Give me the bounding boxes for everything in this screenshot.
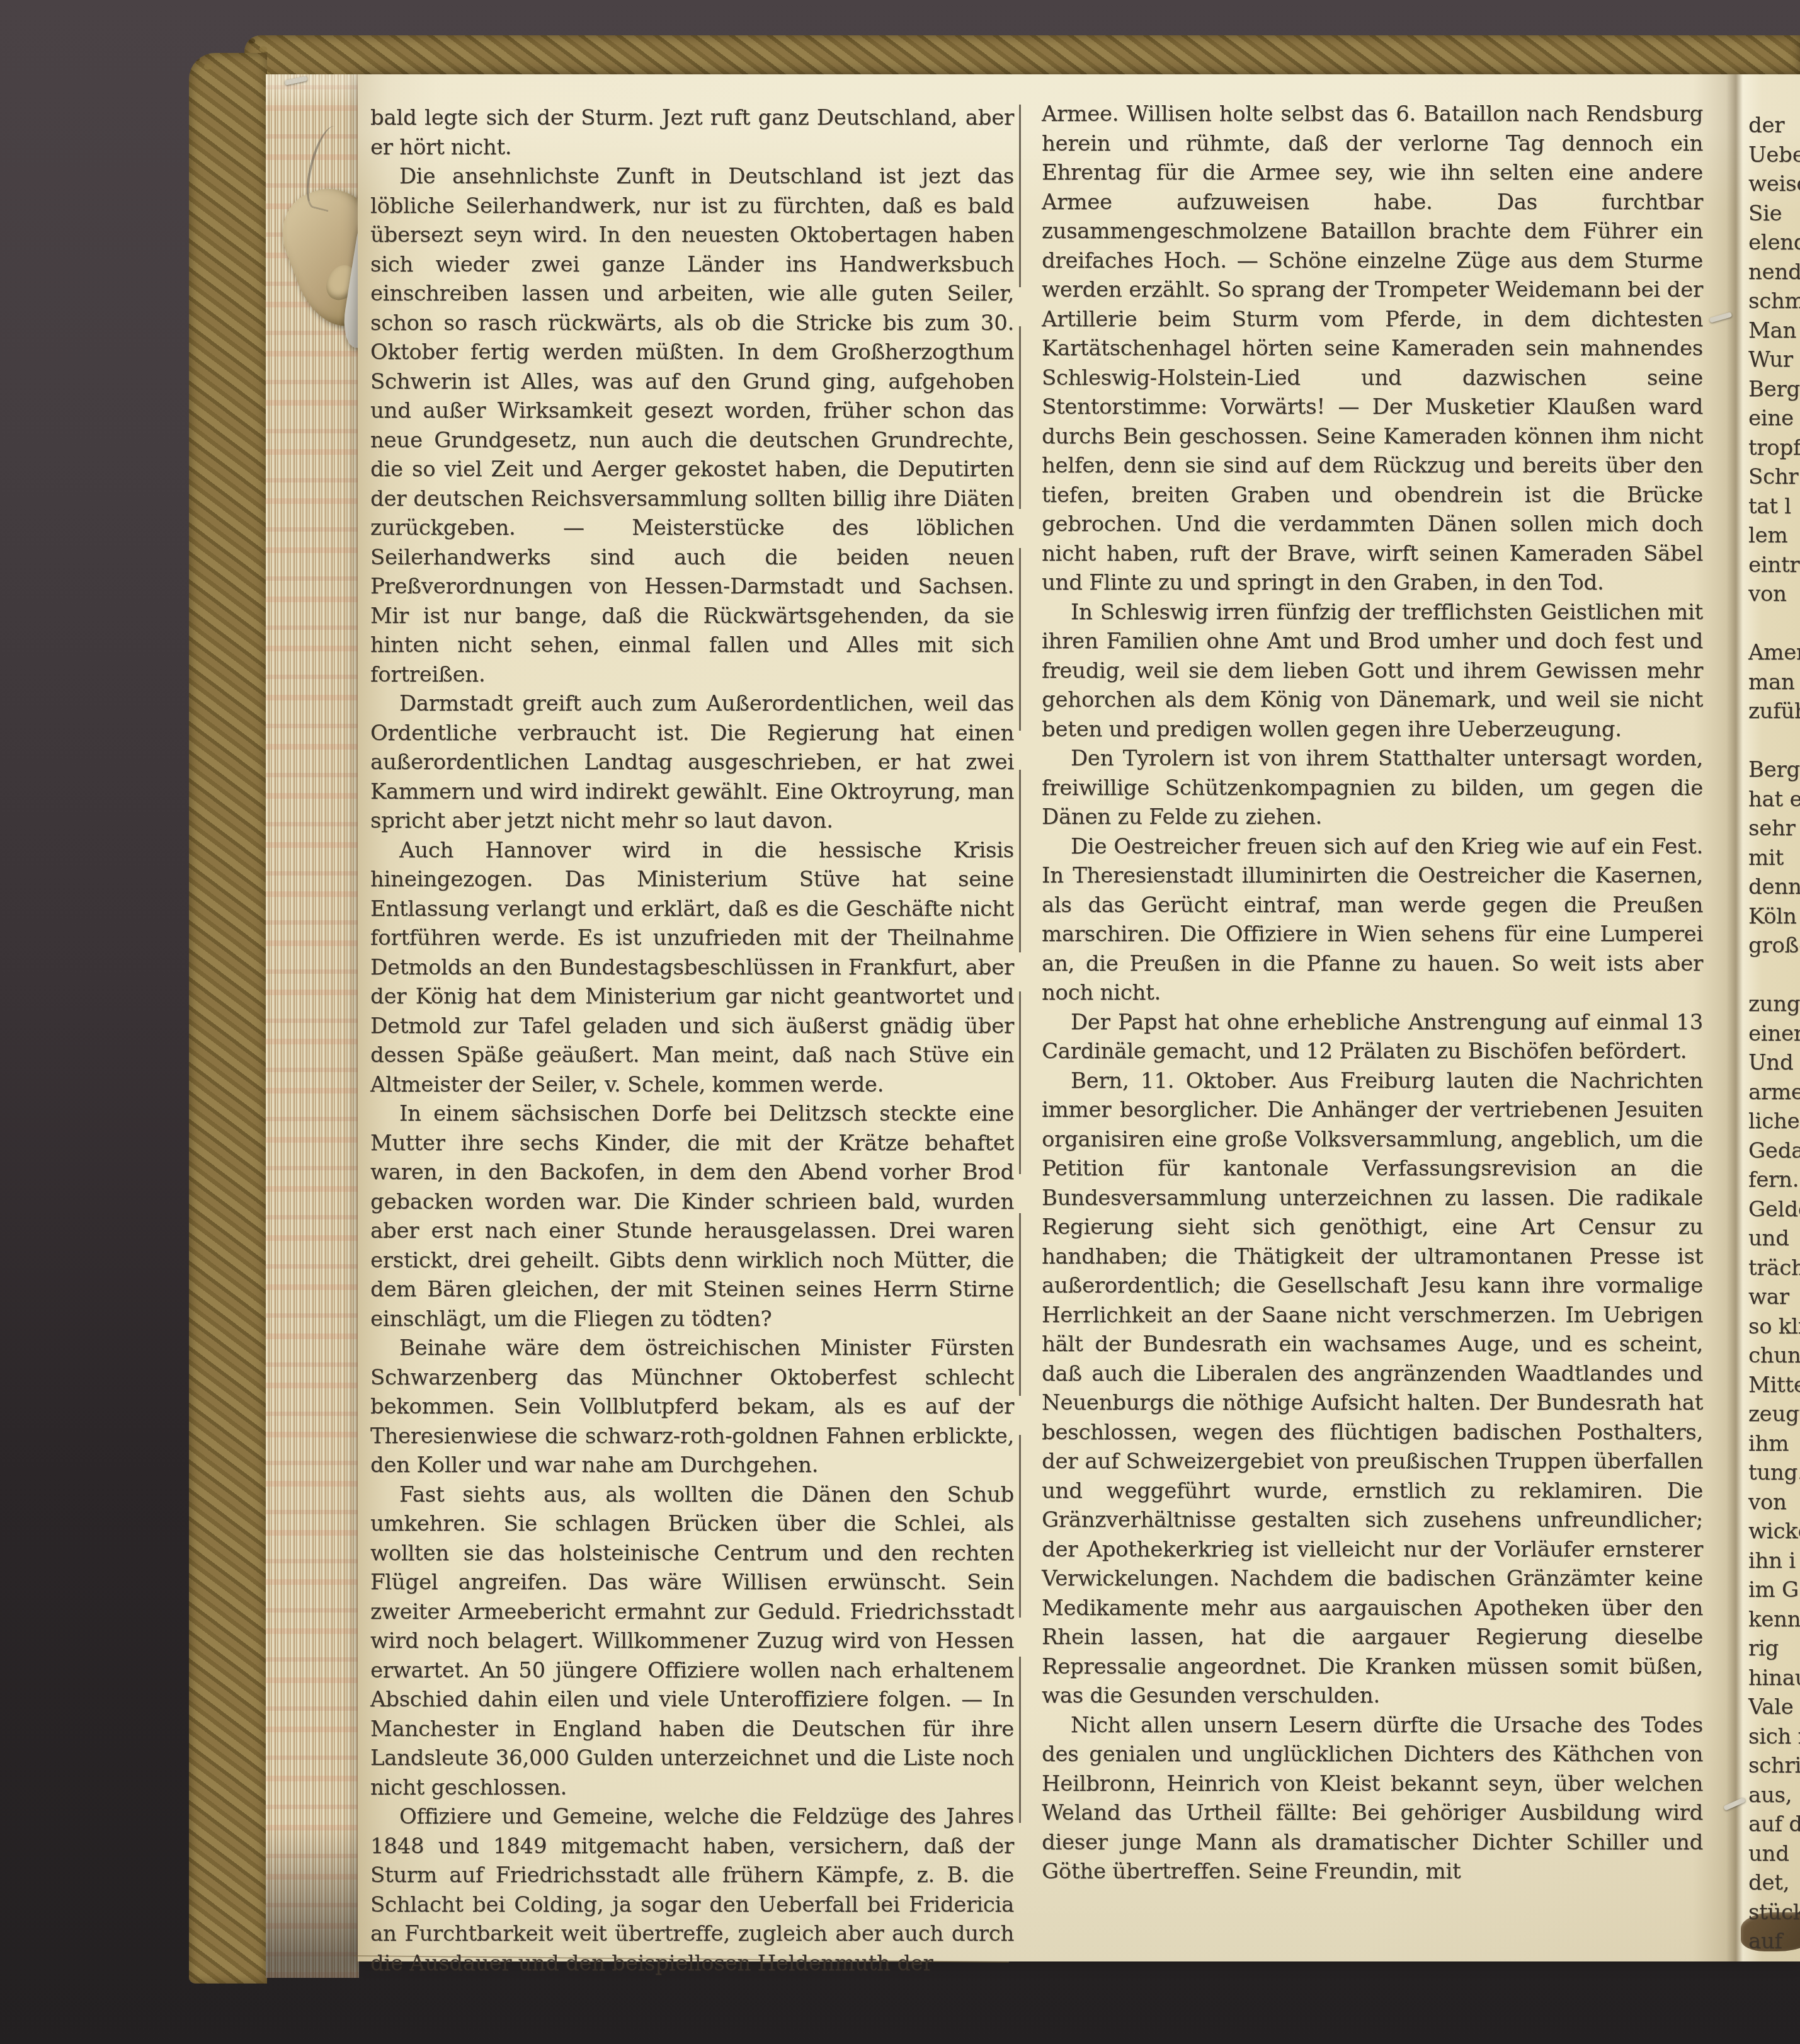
book-scan: bald legte sich der Sturm. Jezt ruft gan… (0, 0, 1800, 2044)
column-fragment-line: Berg (1748, 375, 1800, 404)
text-column-right: Armee. Willisen holte selbst das 6. Bata… (1042, 100, 1703, 1887)
column-fragment-line: von (1748, 1488, 1800, 1517)
column-fragment-line: von (1748, 580, 1800, 609)
column-fragment-line: tropf (1748, 433, 1800, 463)
paragraph: Beinahe wäre dem östreichischen Minister… (370, 1333, 1014, 1480)
column-fragment-line: Gelde (1748, 1195, 1800, 1225)
column-fragment-line: Vale (1748, 1693, 1800, 1722)
column-fragment-line: trächt (1748, 1253, 1800, 1283)
column-fragment-line: mit (1748, 843, 1800, 873)
column-fragment-line: Uebe (1748, 140, 1800, 170)
column-fragment-line: fern. (1748, 1165, 1800, 1195)
column-fragment-line: zufüh (1748, 697, 1800, 726)
paragraph: Offiziere und Gemeine, welche die Feldzü… (370, 1802, 1014, 1978)
paragraph: Armee. Willisen holte selbst das 6. Bata… (1042, 100, 1703, 598)
column-fragment-line: rig (1748, 1634, 1800, 1664)
column-fragment-line: wicke (1748, 1517, 1800, 1546)
column-fragment-line: elend (1748, 228, 1800, 258)
column-fragment-line: eintr (1748, 551, 1800, 580)
paragraph: Auch Hannover wird in die hessische Kris… (370, 836, 1014, 1100)
paragraph: Bern, 11. Oktober. Aus Freiburg lauten d… (1042, 1066, 1703, 1711)
paragraph: Der Papst hat ohne erhebliche Anstrengun… (1042, 1008, 1703, 1066)
column-fragment-line: einen (1748, 1019, 1800, 1049)
column-fragment-line: schma (1748, 287, 1800, 316)
paragraph: Fast siehts aus, als wollten die Dänen d… (370, 1480, 1014, 1803)
column-fragment-line: tung. (1748, 1458, 1800, 1488)
column-fragment-line: det, (1748, 1868, 1800, 1898)
column-fragment-line: zung (1748, 990, 1800, 1019)
column-fragment-line: lichen (1748, 1107, 1800, 1136)
paragraph: Den Tyrolern ist von ihrem Statthalter u… (1042, 744, 1703, 832)
column-fragment-line: auf d (1748, 1810, 1800, 1839)
column-fragment-line: ihm (1748, 1429, 1800, 1459)
column-fragment-line: hat e (1748, 785, 1800, 814)
column-fragment-line: auf (1748, 1927, 1800, 1956)
column-fragment-line: eine (1748, 404, 1800, 433)
column-fragment-line: schrit (1748, 1751, 1800, 1781)
column-fragment-line: und (1748, 1224, 1800, 1253)
column-fragment-line: ihn i (1748, 1546, 1800, 1576)
column-fragment-line: Köln (1748, 902, 1800, 932)
book-page: bald legte sich der Sturm. Jezt ruft gan… (358, 74, 1800, 1961)
text-column-cutoff: derUebeweiseSieelendnendschmaManWurBerge… (1748, 111, 1800, 1956)
column-fragment-line: aus, (1748, 1781, 1800, 1810)
page-stack-fore-edge (266, 74, 359, 1978)
column-fragment-line: lem (1748, 521, 1800, 551)
paragraph: Die ansehnlichste Zunft in Deutschland i… (370, 162, 1014, 689)
column-fragment-line: der (1748, 111, 1800, 140)
paragraph: Nicht allen unsern Lesern dürfte die Urs… (1042, 1711, 1703, 1887)
column-divider-rule (1019, 105, 1021, 1823)
column-fragment-line: Wur (1748, 345, 1800, 375)
paragraph: In einem sächsischen Dorfe bei Delitzsch… (370, 1099, 1014, 1333)
column-fragment-line: denn (1748, 872, 1800, 902)
column-fragment-line: Geda (1748, 1136, 1800, 1166)
paragraph: In Schleswig irren fünfzig der trefflich… (1042, 598, 1703, 745)
column-fragment-line: Man (1748, 316, 1800, 346)
paragraph: bald legte sich der Sturm. Jezt ruft gan… (370, 103, 1014, 162)
column-fragment-line (1748, 726, 1800, 756)
column-fragment-line: Amer (1748, 638, 1800, 668)
column-fragment-line: kenne (1748, 1605, 1800, 1635)
column-fragment-line: man (1748, 668, 1800, 697)
paragraph: Darmstadt greift auch zum Außerordentlic… (370, 689, 1014, 836)
column-fragment-line (1748, 961, 1800, 990)
column-fragment-line: tat l (1748, 492, 1800, 522)
column-fragment-line: hinau (1748, 1664, 1800, 1693)
column-fragment-line: im G (1748, 1575, 1800, 1605)
book-cover-edge-left (189, 53, 267, 1984)
column-fragment-line: Mitte (1748, 1371, 1800, 1400)
paragraph: Die Oestreicher freuen sich auf den Krie… (1042, 832, 1703, 1008)
text-column-left: bald legte sich der Sturm. Jezt ruft gan… (370, 103, 1014, 1978)
column-fragment-line: Sie (1748, 199, 1800, 229)
column-fragment-line: chung (1748, 1341, 1800, 1371)
column-fragment-line: nend (1748, 258, 1800, 287)
column-fragment-line: sehr (1748, 814, 1800, 843)
column-fragment-line: Berg (1748, 755, 1800, 785)
column-fragment-line: arme (1748, 1078, 1800, 1107)
column-fragment-line: weise (1748, 169, 1800, 199)
column-fragment-line (1748, 609, 1800, 639)
column-fragment-line: stück (1748, 1898, 1800, 1927)
column-fragment-line: war (1748, 1282, 1800, 1312)
column-fragment-line: und (1748, 1839, 1800, 1869)
column-fragment-line: so kli (1748, 1312, 1800, 1342)
column-fragment-line: Und (1748, 1048, 1800, 1078)
book-cover-edge-top (244, 35, 1800, 77)
column-fragment-line: Schr (1748, 462, 1800, 492)
column-fragment-line: sich r (1748, 1722, 1800, 1752)
column-fragment-line: zeugt (1748, 1400, 1800, 1429)
column-fragment-line: große (1748, 931, 1800, 961)
